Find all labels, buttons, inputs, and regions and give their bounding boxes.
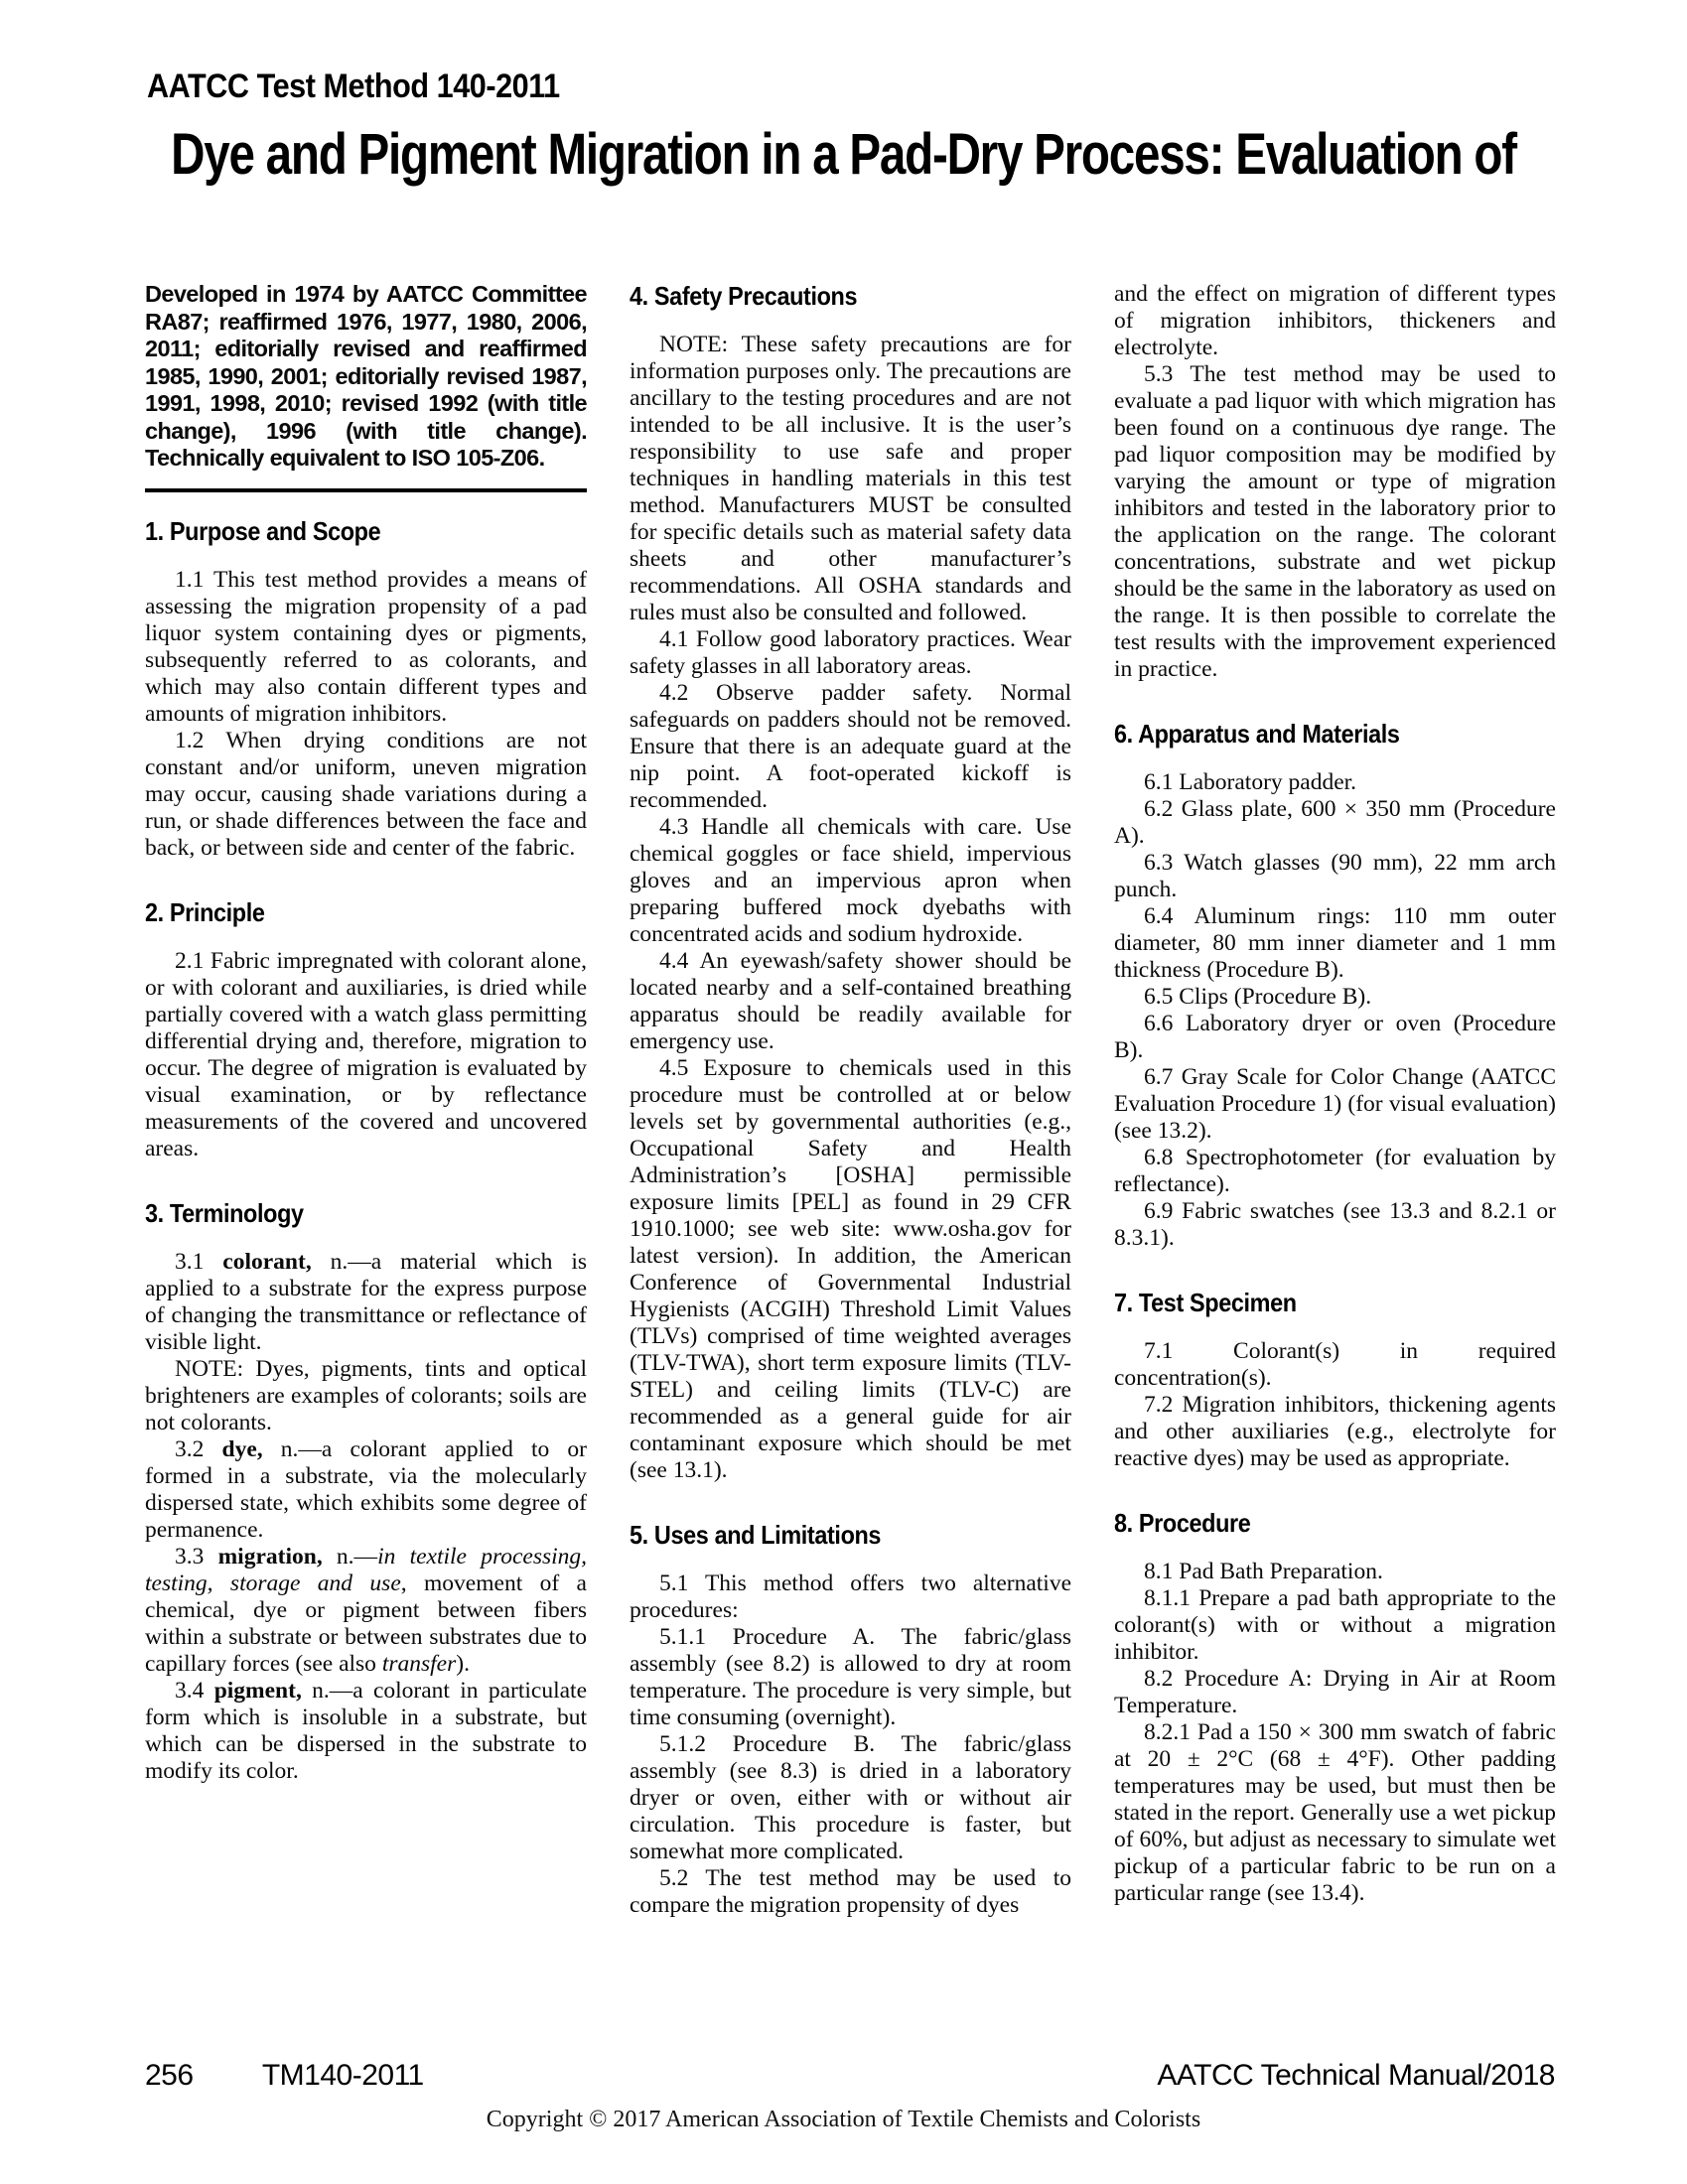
section-heading: 4. Safety Precautions bbox=[630, 283, 1028, 310]
paragraph: and the effect on migration of different… bbox=[1114, 281, 1556, 361]
paragraph: 4.3 Handle all chemicals with care. Use … bbox=[630, 814, 1071, 948]
paragraph: 6.1 Laboratory padder. bbox=[1114, 769, 1556, 796]
document-title: Dye and Pigment Migration in a Pad-Dry P… bbox=[152, 121, 1535, 188]
document-page: AATCC Test Method 140-2011 Dye and Pigme… bbox=[0, 0, 1687, 2184]
paragraph: 2.1 Fabric impregnated with colorant alo… bbox=[145, 948, 587, 1162]
section-heading: 2. Principle bbox=[145, 899, 543, 926]
paragraph: 6.8 Spectrophotometer (for evaluation by… bbox=[1114, 1145, 1556, 1198]
paragraph: 6.2 Glass plate, 600 × 350 mm (Procedure… bbox=[1114, 796, 1556, 850]
section-heading: 8. Procedure bbox=[1114, 1510, 1512, 1537]
paragraph: 5.2 The test method may be used to compa… bbox=[630, 1865, 1071, 1919]
paragraph: 6.4 Aluminum rings: 110 mm outer diamete… bbox=[1114, 903, 1556, 984]
paragraph: 3.2 dye, n.—a colorant applied to or for… bbox=[145, 1436, 587, 1544]
page-footer: 256 TM140-2011 AATCC Technical Manual/20… bbox=[145, 2059, 1555, 2093]
section-heading: 6. Apparatus and Materials bbox=[1114, 721, 1512, 748]
history-divider bbox=[145, 488, 587, 492]
paragraph: 1.2 When drying conditions are not const… bbox=[145, 728, 587, 862]
paragraph: 6.7 Gray Scale for Color Change (AATCC E… bbox=[1114, 1064, 1556, 1145]
section-heading: 3. Terminology bbox=[145, 1200, 543, 1227]
paragraph: 8.1 Pad Bath Preparation. bbox=[1114, 1559, 1556, 1585]
page-number: 256 bbox=[145, 2059, 194, 2092]
paragraph: 4.1 Follow good laboratory practices. We… bbox=[630, 626, 1071, 680]
paragraph: 8.2.1 Pad a 150 × 300 mm swatch of fabri… bbox=[1114, 1719, 1556, 1907]
paragraph: 8.2 Procedure A: Drying in Air at Room T… bbox=[1114, 1666, 1556, 1719]
paragraph: 3.3 migration, n.—in textile processing,… bbox=[145, 1544, 587, 1678]
method-number: AATCC Test Method 140-2011 bbox=[147, 68, 560, 106]
copyright-notice: Copyright © 2017 American Association of… bbox=[0, 2107, 1687, 2133]
section-heading: 5. Uses and Limitations bbox=[630, 1522, 1028, 1549]
paragraph: 5.3 The test method may be used to evalu… bbox=[1114, 361, 1556, 683]
history-note: Developed in 1974 by AATCC Committee RA8… bbox=[145, 281, 587, 473]
paragraph: 7.1 Colorant(s) in required concentratio… bbox=[1114, 1338, 1556, 1392]
paragraph: 4.4 An eyewash/safety shower should be l… bbox=[630, 948, 1071, 1055]
paragraph: 4.5 Exposure to chemicals used in this p… bbox=[630, 1055, 1071, 1484]
text-column-middle: 4. Safety PrecautionsNOTE: These safety … bbox=[630, 281, 1071, 2030]
paragraph: 4.2 Observe padder safety. Normal safegu… bbox=[630, 680, 1071, 814]
paragraph: 3.4 pigment, n.—a colorant in particulat… bbox=[145, 1678, 587, 1785]
paragraph: 6.5 Clips (Procedure B). bbox=[1114, 984, 1556, 1011]
paragraph: 6.9 Fabric swatches (see 13.3 and 8.2.1 … bbox=[1114, 1198, 1556, 1252]
text-column-left: Developed in 1974 by AATCC Committee RA8… bbox=[145, 281, 587, 2030]
paragraph: 5.1.2 Procedure B. The fabric/glass asse… bbox=[630, 1731, 1071, 1865]
paragraph: 8.1.1 Prepare a pad bath appropriate to … bbox=[1114, 1585, 1556, 1666]
paragraph: 5.1.1 Procedure A. The fabric/glass asse… bbox=[630, 1624, 1071, 1731]
paragraph: 6.6 Laboratory dryer or oven (Procedure … bbox=[1114, 1011, 1556, 1064]
section-heading: 1. Purpose and Scope bbox=[145, 518, 543, 545]
paragraph: 1.1 This test method provides a means of… bbox=[145, 567, 587, 728]
paragraph: NOTE: Dyes, pigments, tints and optical … bbox=[145, 1356, 587, 1436]
paragraph: 5.1 This method offers two alternative p… bbox=[630, 1570, 1071, 1624]
paragraph: 3.1 colorant, n.—a material which is app… bbox=[145, 1249, 587, 1356]
section-heading: 7. Test Specimen bbox=[1114, 1290, 1512, 1316]
doc-code: TM140-2011 bbox=[262, 2059, 424, 2092]
text-column-right: and the effect on migration of different… bbox=[1114, 281, 1556, 2030]
footer-left: 256 TM140-2011 bbox=[145, 2059, 424, 2093]
paragraph: 6.3 Watch glasses (90 mm), 22 mm arch pu… bbox=[1114, 850, 1556, 903]
paragraph: 7.2 Migration inhibitors, thickening age… bbox=[1114, 1392, 1556, 1472]
manual-name: AATCC Technical Manual/2018 bbox=[1157, 2059, 1555, 2093]
paragraph: NOTE: These safety precautions are for i… bbox=[630, 332, 1071, 626]
